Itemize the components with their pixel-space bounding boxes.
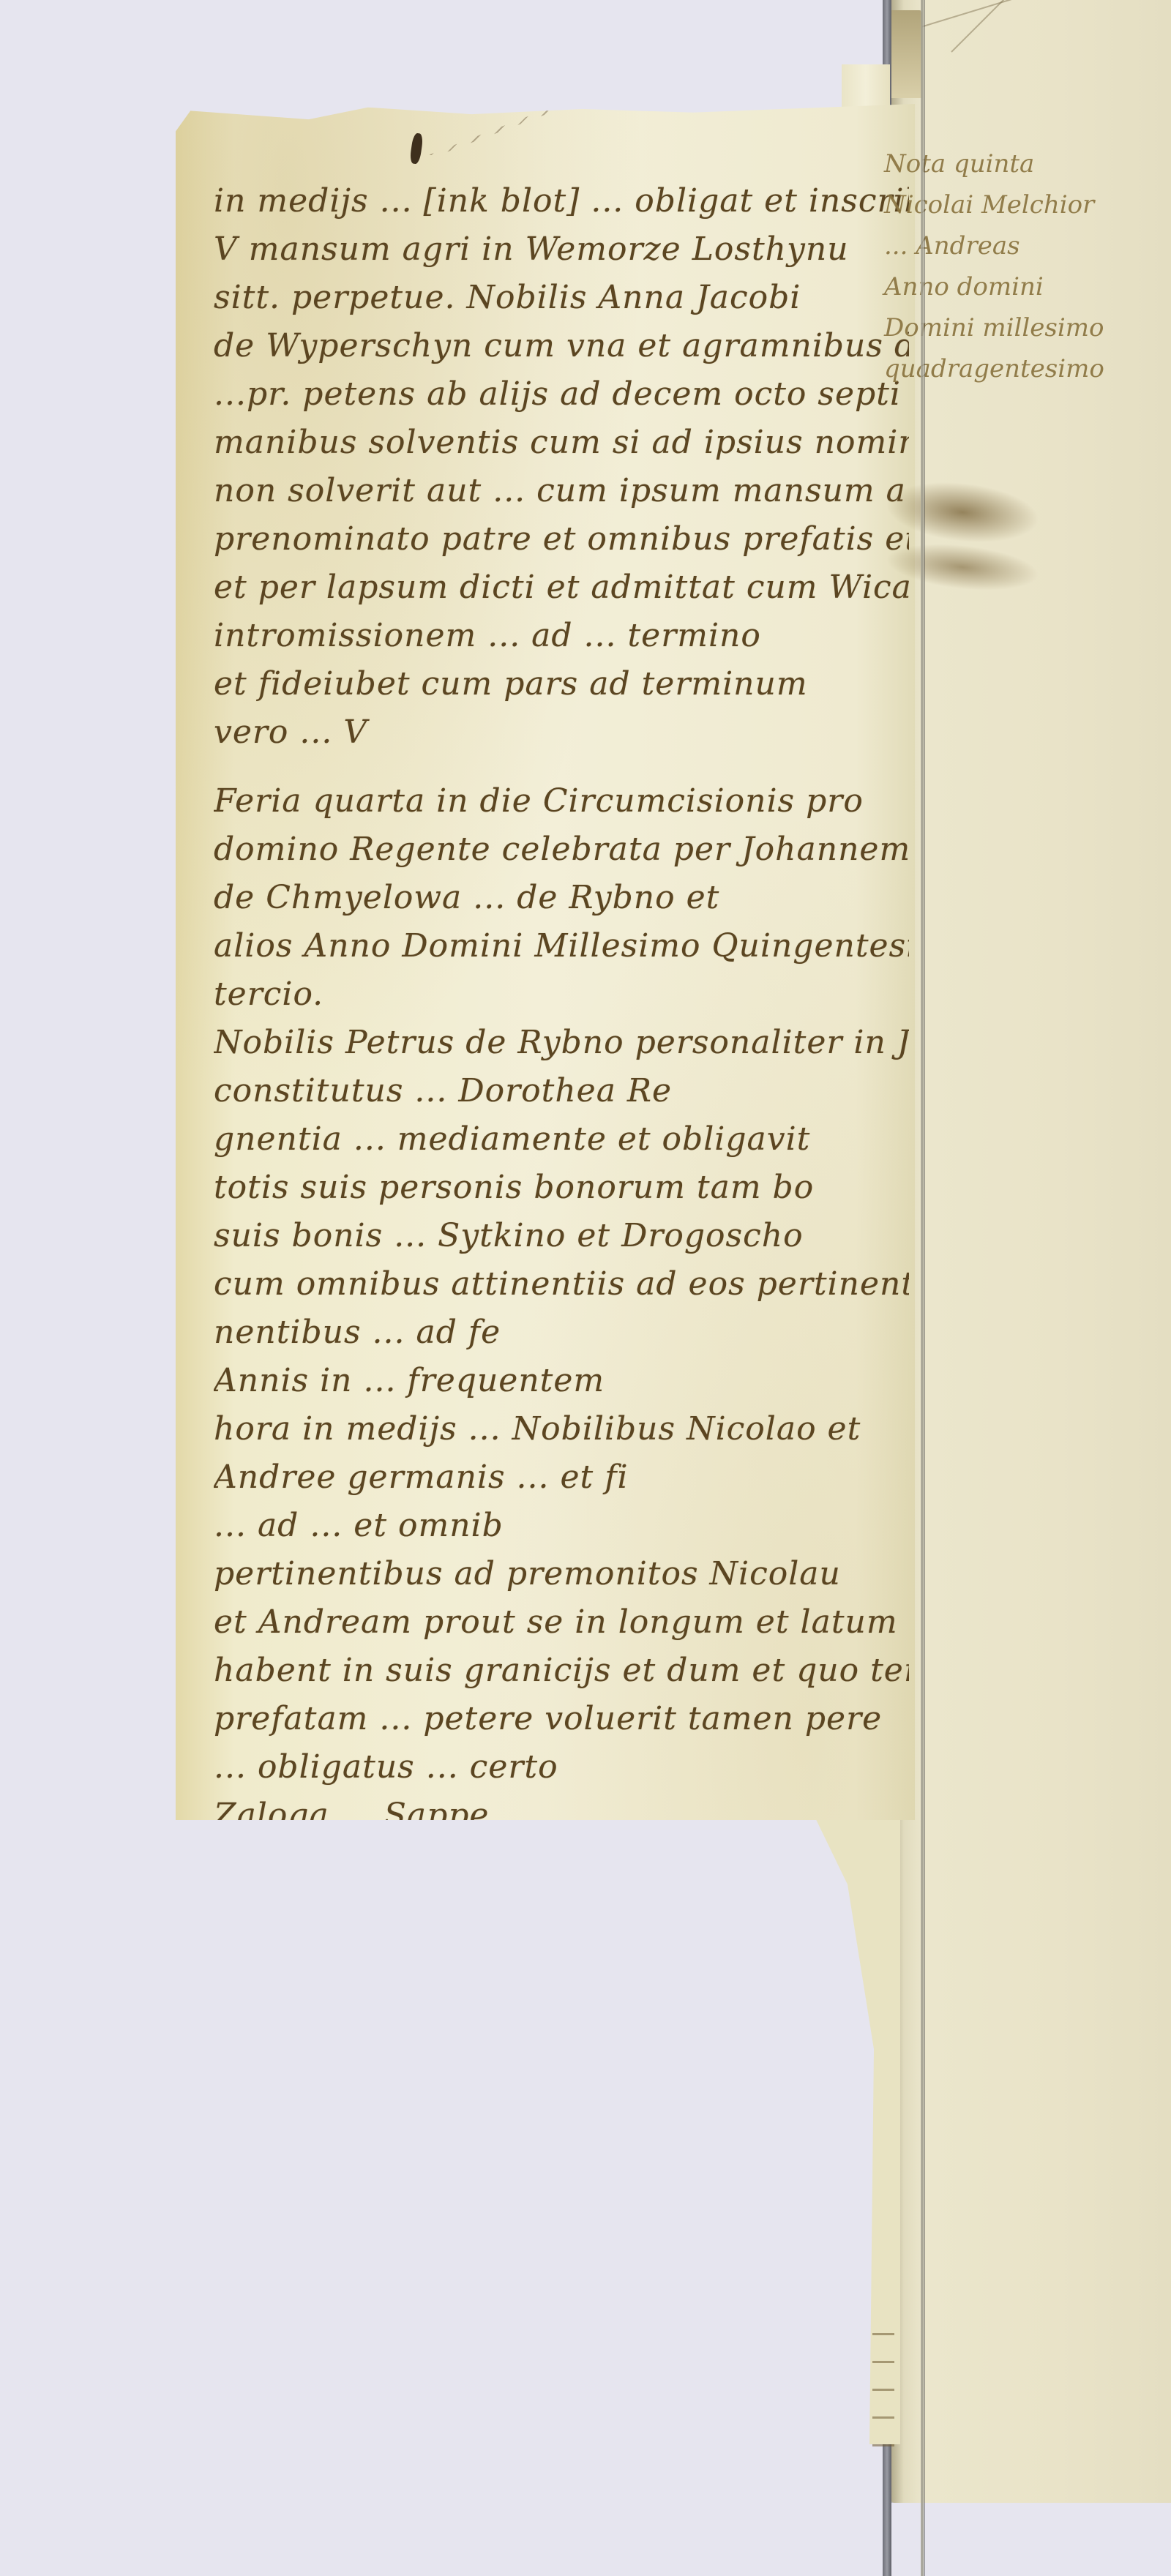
text-line: manibus solventis cum si ad ipsius nomin… [214, 419, 909, 467]
glass-plate-edge [924, 0, 925, 2576]
text-line: prenominato patre et omnibus prefatis et… [214, 515, 909, 563]
text-line: alios Anno Domini Millesimo Quingentesim… [214, 922, 909, 970]
text-line: vero ... V [214, 708, 909, 757]
text-line: et Andream prout se in longum et latum [214, 1598, 909, 1647]
tucked-leaf-ink-traces [872, 2320, 894, 2452]
ink-spatter [428, 104, 560, 155]
text-line: cum omnibus attinentiis ad eos pertinent… [214, 1260, 909, 1308]
margin-line: Nicolai Melchior [884, 184, 1038, 225]
text-line: ... obligatus ... certo [214, 1743, 909, 1791]
text-line: suis bonis ... Sytkino et Drogoscho [214, 1212, 909, 1260]
ink-blot [409, 132, 424, 165]
margin-line: Domini millesimo [884, 307, 1038, 348]
text-line: non solverit aut ... cum ipsum mansum a [214, 467, 909, 515]
text-line: sitt. perpetue. Nobilis Anna Jacobi [214, 274, 909, 322]
text-line: nentibus ... ad fe [214, 1308, 909, 1357]
text-line: et per lapsum dicti et admittat cum Wica… [214, 563, 909, 612]
text-line: V mansum agri in Wemorze Losthynu [214, 225, 909, 274]
manuscript-leaf: in medijs ... [ink blot] ... obligat et … [176, 104, 915, 1820]
text-line: habent in suis granicijs et dum et quo t… [214, 1647, 909, 1695]
binding-tab [889, 10, 922, 98]
text-line: hunc honestam Dorotheam Consortem prefat… [214, 1936, 909, 1985]
text-line: Zaloga ... Sappe [214, 1791, 909, 1840]
text-line: prefatam ... petere voluerit tamen pere [214, 1695, 909, 1743]
margin-line: Nota quinta [884, 143, 1038, 184]
text-line: pertinentibus ad premonitos Nicolau [214, 1550, 909, 1598]
text-line: gnentia ... mediamente et obligavit [214, 1115, 909, 1164]
text-line: tenentur ... prefatis [214, 1840, 909, 1888]
text-line: petrj et filia nobilis Nicolai de Kl... [214, 1985, 909, 2033]
text-line: ...pr. petens ab alijs ad decem octo sep… [214, 370, 909, 419]
text-line: intromissionem ... ad ... termino [214, 612, 909, 660]
text-line: totis suis personis bonorum tam bo [214, 1164, 909, 1212]
entry-heading-line: Feria quarta in die Circumcisionis pro [214, 777, 909, 825]
margin-line: Anno domini [884, 266, 1038, 307]
margin-line: ... Andreas [884, 225, 1038, 266]
text-line: domino Regente celebrata per Johannem [214, 825, 909, 874]
text-line: ... ad ... et omnib [214, 1502, 909, 1550]
text-line: personis Ad quod inscriptione libera [214, 1888, 909, 1936]
main-text-block: in medijs ... [ink blot] ... obligat et … [214, 177, 909, 2081]
text-line: et fideiubet cum pars ad terminum [214, 660, 909, 708]
text-line: de Chmyelowa ... de Rybno et [214, 874, 909, 922]
text-line: ... de dotalitio suo [214, 2033, 909, 2081]
text-line: in medijs ... [ink blot] ... obligat et … [214, 177, 909, 225]
text-line: Andree germanis ... et fi [214, 1453, 909, 1502]
text-line: de Wyperschyn cum vna et agramnibus dom [214, 322, 909, 370]
text-line: tercio. [214, 970, 909, 1019]
entry-heading-line: Nobilis Petrus de Rybno personaliter in … [214, 1019, 909, 1067]
text-line: Annis in ... frequentem [214, 1357, 909, 1405]
margin-line: quadragentesimo [884, 348, 1038, 389]
text-line: constitutus ... Dorothea Re [214, 1067, 909, 1115]
text-line: hora in medijs ... Nobilibus Nicolao et [214, 1405, 909, 1453]
marginal-annotation: Nota quinta Nicolai Melchior ... Andreas… [884, 143, 1038, 389]
